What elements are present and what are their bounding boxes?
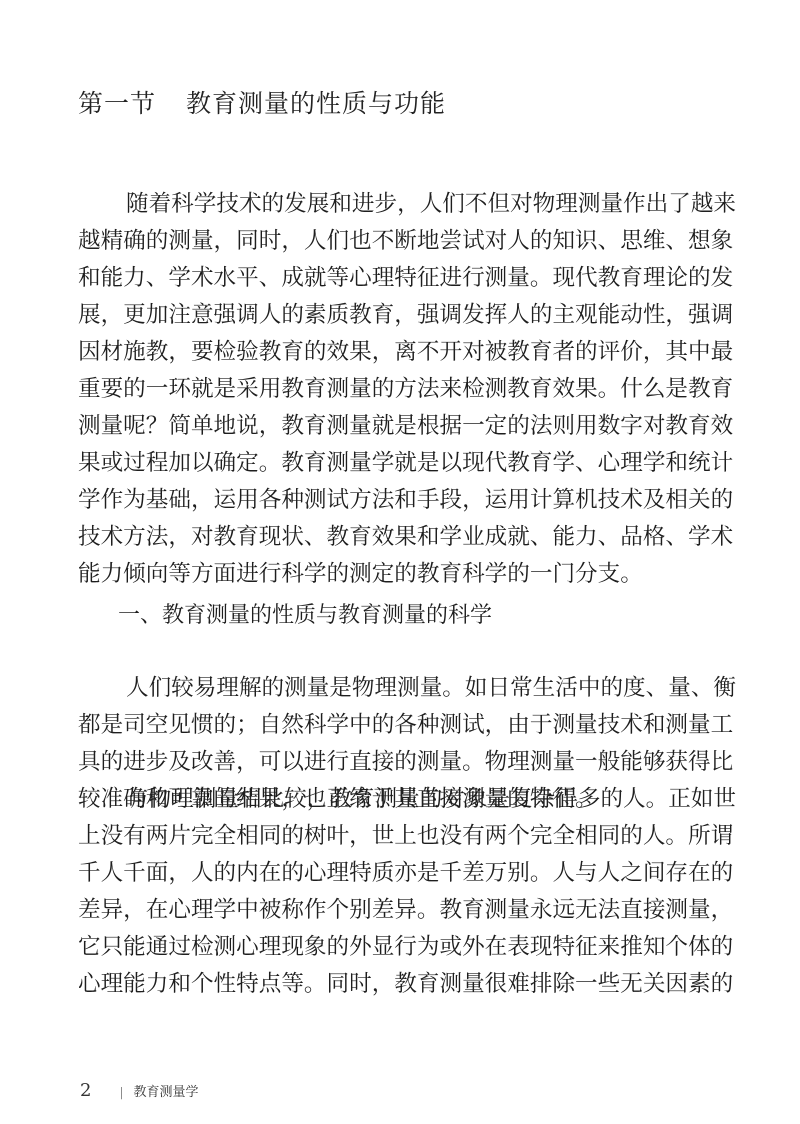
text-line: 随着科学技术的发展和进步，人们不但对物理测量作出了越来 <box>78 186 662 223</box>
section-title: 第一节教育测量的性质与功能 <box>78 84 446 120</box>
text-line: 上没有两片完全相同的树叶，世上也没有两个完全相同的人。所谓 <box>78 818 662 855</box>
text-line: 和能力、学术水平、成就等心理特征进行测量。现代教育理论的发 <box>78 260 662 297</box>
text-line: 它只能通过检测心理现象的外显行为或外在表现特征来推知个体的 <box>78 929 662 966</box>
text-line: 心理能力和个性特点等。同时，教育测量很难排除一些无关因素的 <box>78 966 662 1003</box>
text-line: 都是司空见惯的；自然科学中的各种测试，由于测量技术和测量工 <box>78 707 662 744</box>
paragraph-educational-measurement: 与物理测量相比较，教育测量的对象是复杂得多的人。正如世 上没有两片完全相同的树叶… <box>78 781 662 1003</box>
text-line: 越精确的测量，同时，人们也不断地尝试对人的知识、思维、想象 <box>78 223 662 260</box>
paragraph-intro: 随着科学技术的发展和进步，人们不但对物理测量作出了越来 越精确的测量，同时，人们… <box>78 186 662 593</box>
footer-separator: | <box>119 1085 123 1099</box>
text-line: 人们较易理解的测量是物理测量。如日常生活中的度、量、衡 <box>78 670 662 707</box>
text-line: 具的进步及改善，可以进行直接的测量。物理测量一般能够获得比 <box>78 744 662 781</box>
text-line: 差异，在心理学中被称作个别差异。教育测量永远无法直接测量， <box>78 892 662 929</box>
text-line: 因材施教，要检验教育的效果，离不开对被教育者的评价，其中最 <box>78 334 662 371</box>
text-line: 展，更加注意强调人的素质教育，强调发挥人的主观能动性，强调 <box>78 297 662 334</box>
text-line: 重要的一环就是采用教育测量的方法来检测教育效果。什么是教育 <box>78 371 662 408</box>
text-line: 与物理测量相比较，教育测量的对象是复杂得多的人。正如世 <box>78 781 662 818</box>
book-title: 教育测量学 <box>134 1085 199 1100</box>
text-line: 学作为基础，运用各种测试方法和手段，运用计算机技术及相关的 <box>78 482 662 519</box>
text-line: 千人千面，人的内在的心理特质亦是千差万别。人与人之间存在的 <box>78 855 662 892</box>
subsection-heading: 一、教育测量的性质与教育测量的科学 <box>118 598 492 629</box>
text-line: 能力倾向等方面进行科学的测定的教育科学的一门分支。 <box>78 556 662 593</box>
section-label: 第一节 <box>78 89 156 118</box>
text-line: 测量呢？简单地说，教育测量就是根据一定的法则用数字对教育效 <box>78 408 662 445</box>
text-line: 果或过程加以确定。教育测量学就是以现代教育学、心理学和统计 <box>78 445 662 482</box>
text-line: 技术方法，对教育现状、教育效果和学业成就、能力、品格、学术 <box>78 519 662 556</box>
page-number: 2 <box>80 1080 91 1101</box>
page-footer: 2|教育测量学 <box>80 1080 199 1101</box>
section-title-text: 教育测量的性质与功能 <box>186 89 446 118</box>
